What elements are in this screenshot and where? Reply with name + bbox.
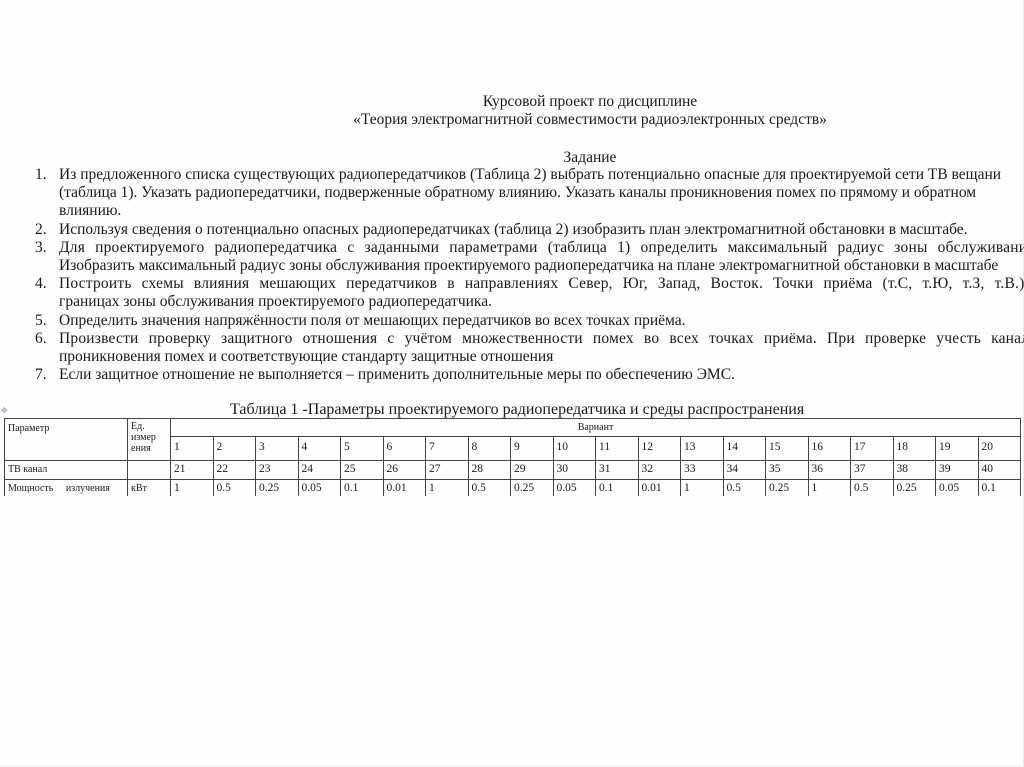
header-unit: Ед. измер ения [128,419,171,461]
variant-number-cell: 1 [171,437,214,461]
variant-number-cell: 2 [213,437,256,461]
variant-number-cell: 20 [978,437,1021,461]
unit-cell [128,461,171,480]
value-cell: 0.1 [596,480,639,497]
variant-number-cell: 3 [256,437,299,461]
value-cell: 32 [638,461,681,480]
value-cell: 35 [766,461,809,480]
value-cell: 22 [213,461,256,480]
value-cell: 0.5 [851,480,894,497]
parameters-table: Параметр Ед. измер ения Вариант 12345678… [4,418,1021,496]
value-cell: 0.25 [511,480,554,497]
variant-number-cell: 6 [383,437,426,461]
value-cell: 29 [511,461,554,480]
value-cell: 0.1 [978,480,1021,497]
value-cell: 38 [893,461,936,480]
unit-cell: кВт [128,480,171,497]
param-name-cell: ТВ канал [5,461,128,480]
table-header-row: Параметр Ед. измер ения Вариант [5,419,1021,437]
value-cell: 1 [808,480,851,497]
variant-number-cell: 13 [681,437,724,461]
slide-page: Курсовой проект по дисциплине «Теория эл… [0,0,1024,767]
table-row: Мощность излучениякВт10.50.250.050.10.01… [5,480,1021,497]
value-cell: 1 [426,480,469,497]
value-cell: 0.01 [383,480,426,497]
value-cell: 0.05 [936,480,979,497]
variant-number-cell: 15 [766,437,809,461]
variant-number-cell: 11 [596,437,639,461]
variant-number-cell: 5 [341,437,384,461]
value-cell: 30 [553,461,596,480]
variant-number-cell: 9 [511,437,554,461]
value-cell: 36 [808,461,851,480]
header-variant: Вариант [171,419,1021,437]
table-row: ТВ канал21222324252627282930313233343536… [5,461,1021,480]
value-cell: 23 [256,461,299,480]
value-cell: 26 [383,461,426,480]
value-cell: 34 [723,461,766,480]
variant-number-cell: 16 [808,437,851,461]
value-cell: 0.1 [341,480,384,497]
value-cell: 31 [596,461,639,480]
value-cell: 24 [298,461,341,480]
value-cell: 0.05 [298,480,341,497]
value-cell: 39 [936,461,979,480]
variant-number-cell: 7 [426,437,469,461]
value-cell: 37 [851,461,894,480]
variant-number-cell: 8 [468,437,511,461]
value-cell: 27 [426,461,469,480]
value-cell: 25 [341,461,384,480]
value-cell: 0.05 [553,480,596,497]
variant-number-cell: 17 [851,437,894,461]
value-cell: 1 [171,480,214,497]
variant-number-cell: 19 [936,437,979,461]
value-cell: 28 [468,461,511,480]
value-cell: 0.5 [213,480,256,497]
value-cell: 40 [978,461,1021,480]
variant-number-cell: 12 [638,437,681,461]
value-cell: 0.25 [766,480,809,497]
variant-number-cell: 18 [893,437,936,461]
value-cell: 0.5 [468,480,511,497]
param-name-cell: Мощность излучения [5,480,128,497]
header-param: Параметр [5,419,128,461]
variant-number-cell: 4 [298,437,341,461]
value-cell: 0.25 [893,480,936,497]
value-cell: 21 [171,461,214,480]
value-cell: 0.5 [723,480,766,497]
value-cell: 0.01 [638,480,681,497]
variant-number-cell: 14 [723,437,766,461]
value-cell: 0.25 [256,480,299,497]
table-viewport: Параметр Ед. измер ения Вариант 12345678… [0,0,1024,496]
value-cell: 33 [681,461,724,480]
variant-number-cell: 10 [553,437,596,461]
value-cell: 1 [681,480,724,497]
